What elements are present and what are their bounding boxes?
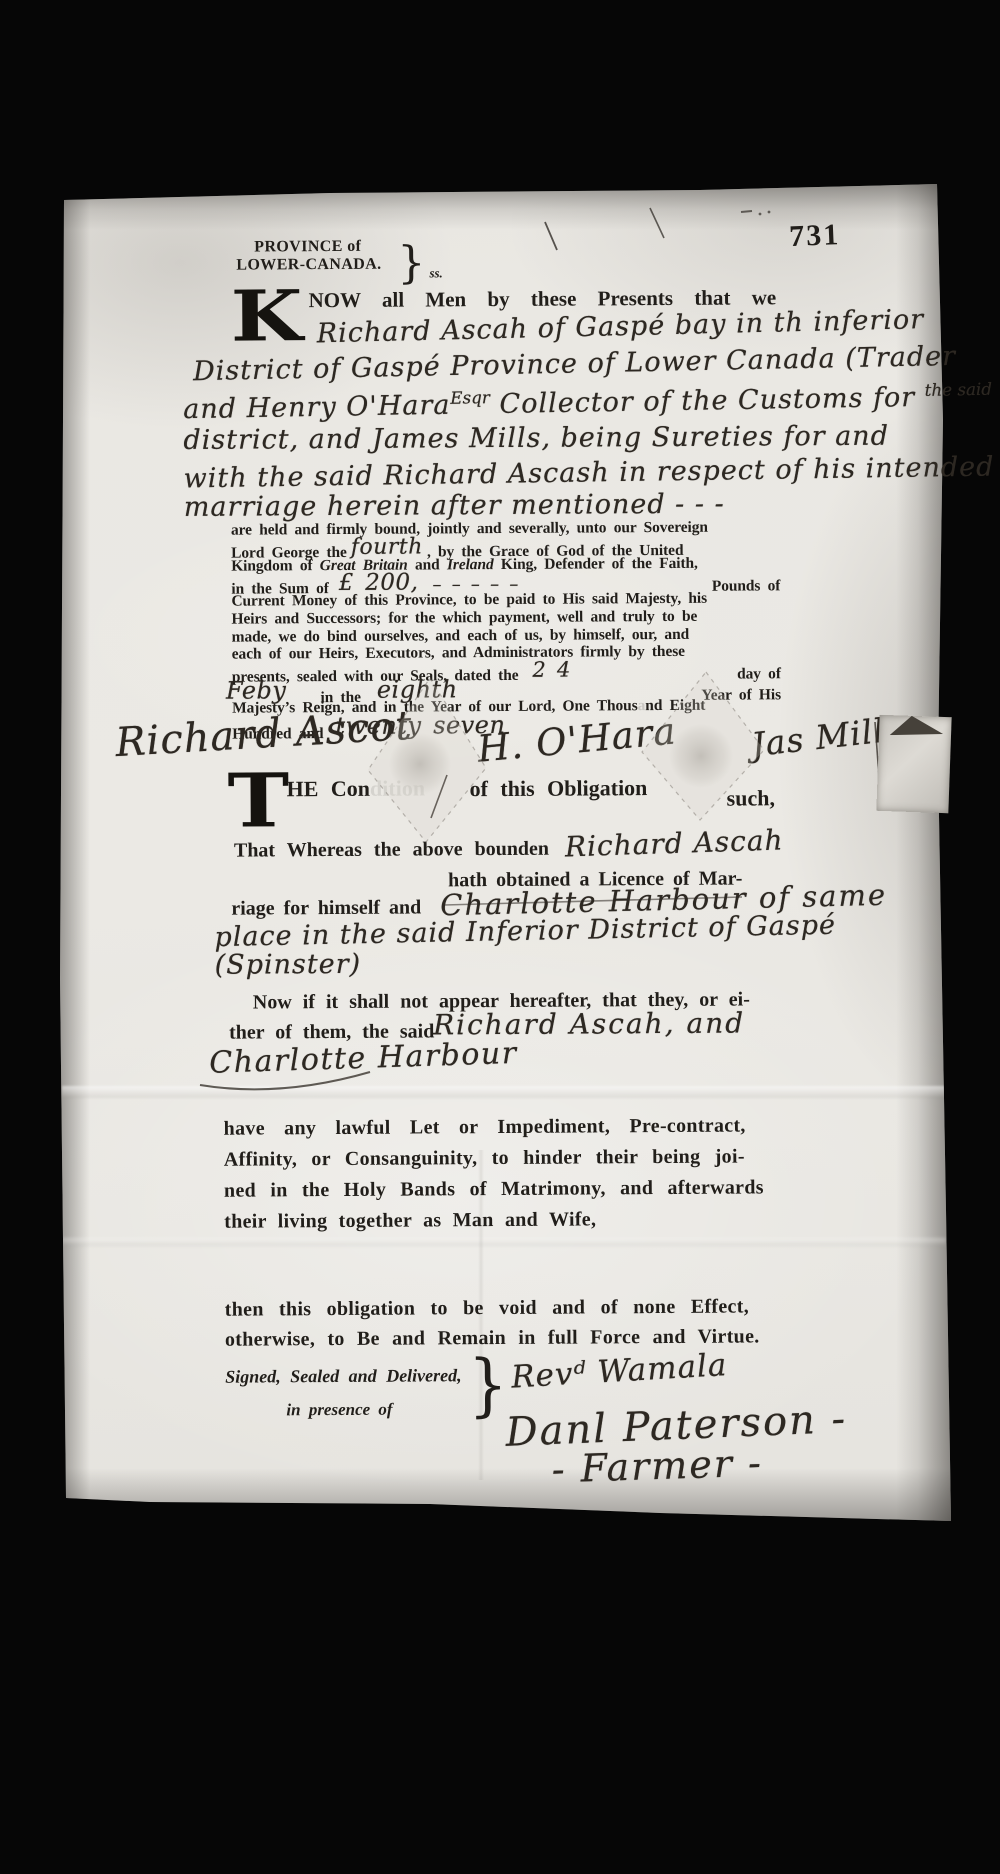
condition-line-start: HE Condition xyxy=(286,776,425,801)
void-line-1: then this obligation to be void and of n… xyxy=(225,1295,749,1320)
whereas-print-3: riage for himself and xyxy=(231,896,421,919)
attestation-line-1: Signed, Sealed and Delivered, xyxy=(225,1366,462,1387)
condition-line-end: such, xyxy=(727,786,775,810)
condition-obscured-text: dition xyxy=(370,775,425,800)
paper-tab xyxy=(876,715,951,813)
condition-line-middle: of this Obligation xyxy=(469,776,647,801)
hand-line-parties-3-text: Collector of the Customs for xyxy=(490,382,925,420)
whereas-hand-groom: Richard Ascah xyxy=(564,825,783,861)
tab-fold-shadow xyxy=(885,715,944,737)
whereas-print-1: That Whereas the above bounden xyxy=(234,838,549,862)
bond-line-3-print: King, Defender of the Faith, xyxy=(494,555,698,573)
dropcap-t: T xyxy=(227,773,289,831)
hand-superscript-esqr: Esqr xyxy=(450,387,490,408)
document-content: PROVINCE of LOWER-CANADA. } ss. 731 K NO… xyxy=(0,0,1000,1874)
impediment-line-1: have any lawful Let or Impediment, Pre-c… xyxy=(224,1115,746,1140)
hand-line-parties-3-text: and Henry O'Hara xyxy=(183,390,451,425)
hand-line-parties-4: district, and James Mills, being Suretie… xyxy=(183,423,889,456)
signature-witness-2-title: - Farmer - xyxy=(551,1444,763,1491)
signature-principal: Richard Ascot xyxy=(114,705,413,764)
jurat-abbreviation: ss. xyxy=(429,266,442,280)
proviso-hand-groom: Richard Ascah, and xyxy=(433,1009,745,1040)
bond-line-3-italic: Ireland xyxy=(447,556,494,573)
hand-line-parties-5: with the said Richard Ascash in respect … xyxy=(183,453,994,493)
impediment-line-2: Affinity, or Consanguinity, to hinder th… xyxy=(224,1146,745,1171)
page-number: 731 xyxy=(789,218,841,253)
impediment-line-4: their living together as Man and Wife, xyxy=(224,1208,596,1232)
signature-witness-1: Revᵈ Wamala xyxy=(510,1349,728,1394)
whereas-hand-spinster: (Spinster) xyxy=(215,951,362,980)
hand-line-parties-3: and Henry O'HaraEsqr Collector of the Cu… xyxy=(183,381,992,425)
hand-line-parties-6: marriage herein after mentioned - - - xyxy=(184,491,725,523)
dropcap-k: K xyxy=(231,289,303,344)
impediment-line-3: ned in the Holy Bands of Matrimony, and … xyxy=(224,1176,764,1201)
attestation-brace: } xyxy=(468,1351,508,1419)
header-brace: } xyxy=(397,241,425,285)
attestation-line-2: in presence of xyxy=(286,1401,392,1420)
hand-line-parties-2: District of Gaspé Province of Lower Cana… xyxy=(193,343,957,387)
scanned-document-page: PROVINCE of LOWER-CANADA. } ss. 731 K NO… xyxy=(0,0,1000,1874)
hand-superscript-the-said: the said xyxy=(925,379,993,400)
province-line1: PROVINCE of xyxy=(254,238,361,256)
proviso-hand-bride: Charlotte Harbour xyxy=(209,1038,518,1079)
province-line2: LOWER-CANADA. xyxy=(236,256,381,274)
condition-text: HE Con xyxy=(286,776,370,802)
bond-line-3-print: Kingdom of xyxy=(231,557,320,575)
